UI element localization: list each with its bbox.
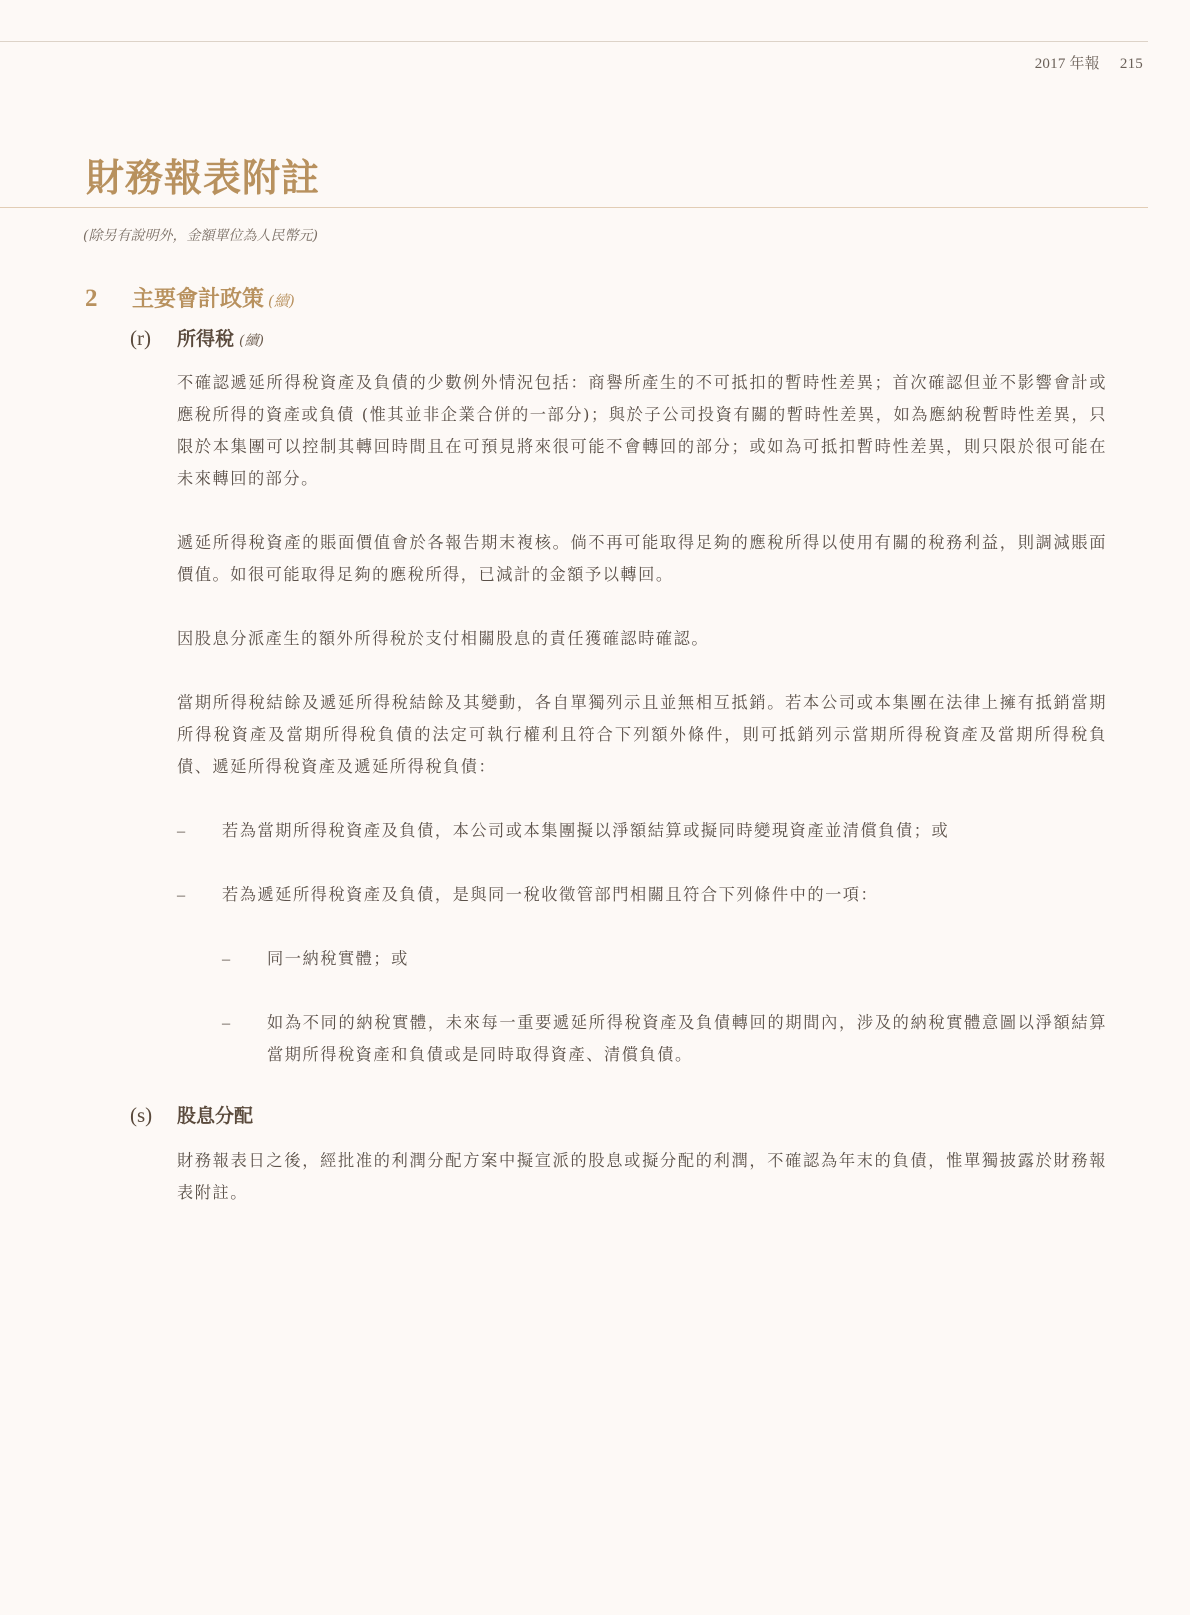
sub-bullet-text: 同一納稅實體；或	[267, 943, 409, 975]
section-number: 2	[85, 285, 132, 313]
section-title: 主要會計政策	[132, 282, 264, 313]
subsection-s-heading: (s) 股息分配	[130, 1101, 253, 1128]
subsection-s-label: (s)	[130, 1103, 177, 1128]
dash-bullet-icon: –	[177, 815, 222, 847]
title-rule	[0, 207, 1148, 208]
running-header: 2017 年報215	[1035, 52, 1143, 73]
page-title: 財務報表附註	[86, 147, 320, 202]
bullet-text: 若為當期所得稅資產及負債，本公司或本集團擬以淨額結算或擬同時變現資產並清償負債；…	[222, 815, 949, 847]
bullet-text: 若為遞延所得稅資產及負債，是與同一稅收徵管部門相關且符合下列條件中的一項：	[222, 879, 878, 911]
subsection-r-continued: (續)	[239, 330, 264, 350]
section-continued: (續)	[268, 290, 295, 311]
subsection-r-heading: (r) 所得稅 (續)	[130, 324, 264, 351]
paragraph-r-1: 不確認遞延所得稅資產及負債的少數例外情況包括：商譽所產生的不可抵扣的暫時性差異；…	[177, 367, 1107, 495]
subsection-r-label: (r)	[130, 326, 177, 351]
section-heading: 2 主要會計政策 (續)	[85, 282, 295, 313]
sub-bullet-text: 如為不同的納稅實體，未來每一重要遞延所得稅資產及負債轉回的期間內，涉及的納稅實體…	[267, 1007, 1107, 1071]
report-label: 2017 年報	[1035, 56, 1100, 72]
dash-bullet-icon: –	[177, 879, 222, 911]
paragraph-r-2: 遞延所得稅資產的賬面價值會於各報告期末複核。倘不再可能取得足夠的應稅所得以使用有…	[177, 527, 1107, 591]
bullet-item: – 若為當期所得稅資產及負債，本公司或本集團擬以淨額結算或擬同時變現資產並清償負…	[177, 815, 1107, 847]
dash-bullet-icon: –	[222, 943, 267, 975]
paragraph-r-3: 因股息分派產生的額外所得稅於支付相關股息的責任獲確認時確認。	[177, 623, 1107, 655]
page-number: 215	[1120, 56, 1143, 72]
bullet-item: – 若為遞延所得稅資產及負債，是與同一稅收徵管部門相關且符合下列條件中的一項：	[177, 879, 1107, 911]
paragraph-r-4: 當期所得稅結餘及遞延所得稅結餘及其變動，各自單獨列示且並無相互抵銷。若本公司或本…	[177, 687, 1107, 783]
sub-bullet-item: – 同一納稅實體；或	[222, 943, 1107, 975]
dash-bullet-icon: –	[222, 1007, 267, 1071]
top-rule	[0, 41, 1148, 42]
subsection-s-title: 股息分配	[177, 1101, 253, 1128]
units-note: (除另有說明外，金額單位為人民幣元)	[83, 225, 318, 245]
subsection-r-title: 所得稅	[177, 324, 234, 351]
paragraph-s-1: 財務報表日之後，經批准的利潤分配方案中擬宣派的股息或擬分配的利潤，不確認為年末的…	[177, 1145, 1107, 1209]
sub-bullet-item: – 如為不同的納稅實體，未來每一重要遞延所得稅資產及負債轉回的期間內，涉及的納稅…	[222, 1007, 1107, 1071]
